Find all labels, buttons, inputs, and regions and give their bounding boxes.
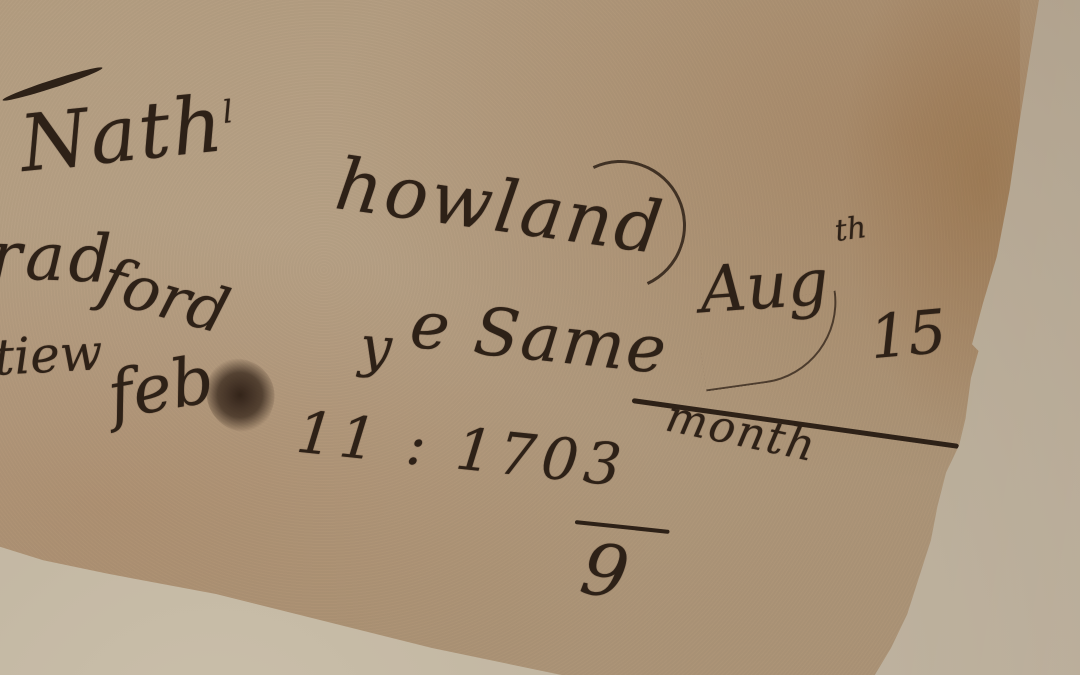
handwritten-date-bottom: 11 : 1703: [294, 403, 630, 495]
ink-flourish-stroke: [1, 64, 103, 104]
ink-rule-line: [632, 398, 959, 449]
handwritten-month-bottom: feb: [103, 346, 219, 429]
fraction-bar: [575, 520, 670, 534]
handwritten-ordinal-superscript: th: [833, 213, 868, 247]
handwritten-denominator: 9: [576, 532, 634, 611]
handwritten-month-word: month: [662, 395, 820, 470]
handwritten-line2-prefix: rad: [0, 223, 116, 293]
handwritten-connector: y: [358, 319, 393, 377]
handwritten-line2-word: ford: [94, 248, 236, 343]
handwritten-day-top: 15: [868, 302, 949, 368]
ink-blot: [195, 350, 285, 440]
ink-underline-flourish: [695, 291, 847, 392]
handwritten-surname: howland: [332, 147, 670, 264]
ink-loop-flourish: [537, 142, 705, 310]
paper-fragment: Nathl howland th Aug 15 rad ford y e Sam…: [0, 0, 1080, 675]
document-photo: Nathl howland th Aug 15 rad ford y e Sam…: [0, 0, 1080, 675]
name-superscript: l: [221, 94, 237, 131]
handwritten-month-top: Aug: [698, 251, 831, 324]
handwritten-first-name: Nathl: [17, 84, 240, 184]
handwritten-line3-prefix: tiew: [0, 327, 104, 383]
handwritten-same: e Same: [407, 292, 671, 385]
